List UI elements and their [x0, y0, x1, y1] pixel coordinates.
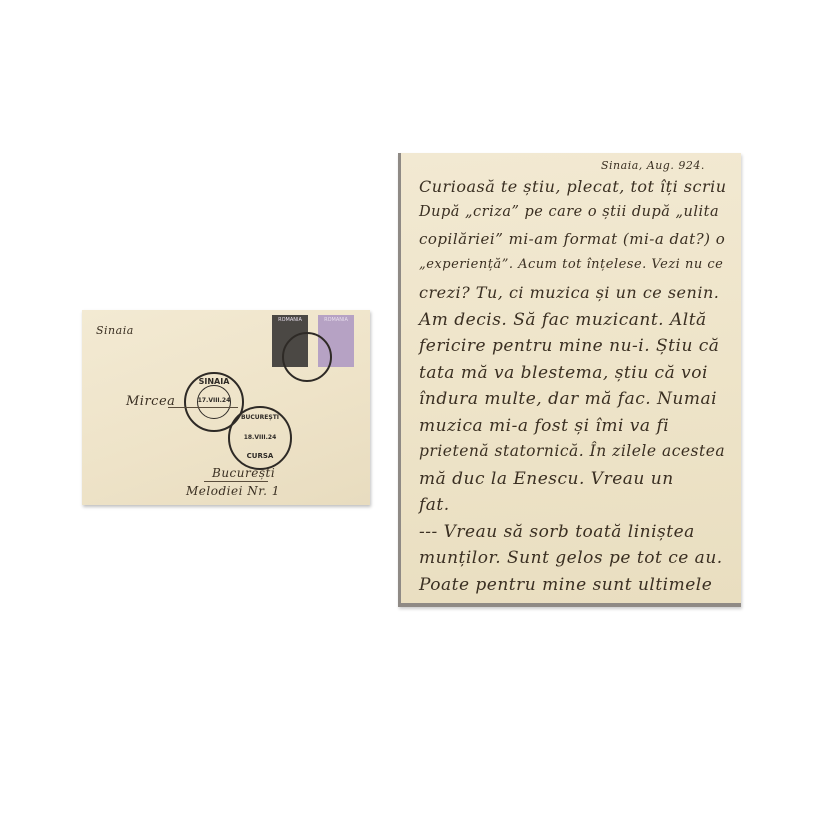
postmark-cursa: CURSA [230, 452, 290, 460]
postmark-stamp-cancel [282, 332, 332, 382]
letter-line: Curioasă te știu, plecat, tot îți scriu [419, 177, 727, 196]
letter-line: copilăriei” mi-am format (mi-a dat?) o [419, 230, 725, 248]
postmark-date: 18.VIII.24 [230, 434, 290, 441]
letter-line: tata mă va blestema, știu că voi [419, 363, 708, 383]
letter-line: --- Vreau să sorb toată liniștea [419, 522, 695, 542]
postmark-bucuresti: BUCUREȘTI 18.VIII.24 CURSA [228, 406, 292, 470]
letter-line: prietenă statornică. În zilele acestea [419, 442, 725, 460]
letter-line: munților. Sunt gelos pe tot ce au. [419, 548, 723, 568]
stamp-label: ROMANIA [272, 317, 308, 323]
letter-line: crezi? Tu, ci muzica și un ce senin. [419, 283, 719, 302]
letter-line: Poate pentru mine sunt ultimele [419, 575, 712, 595]
stamp-label: ROMANIA [318, 317, 354, 323]
recipient-street: Melodiei Nr. 1 [186, 484, 280, 498]
letter-line: mă duc la Enescu. Vreau un [419, 469, 674, 489]
address-stroke [168, 407, 238, 408]
letter-line: După „criza” pe care o știi după „ulita [419, 204, 719, 220]
envelope: Sinaia ROMANIA ROMANIA SINAIA 17.VIII.24… [82, 310, 370, 505]
handwritten-letter: Sinaia, Aug. 924. Curioasă te știu, plec… [398, 153, 741, 607]
letter-line: Am decis. Să fac muzicant. Altă [419, 310, 707, 330]
letter-line: îndura multe, dar mă fac. Numai [419, 389, 717, 409]
letter-line: muzica mi-a fost și îmi va fi [419, 416, 669, 436]
postmark-town: BUCUREȘTI [230, 414, 290, 421]
envelope-sender-note: Sinaia [96, 324, 134, 337]
letter-line: „experiență”. Acum tot înțelese. Vezi nu… [419, 257, 723, 272]
city-underline [204, 481, 268, 482]
recipient-city: București [212, 466, 275, 480]
letter-dateline: Sinaia, Aug. 924. [601, 159, 705, 172]
letter-line: fericire pentru mine nu-i. Știu că [419, 336, 719, 356]
postmark-date: 17.VIII.24 [186, 397, 242, 404]
letter-line: fat. [419, 495, 450, 515]
